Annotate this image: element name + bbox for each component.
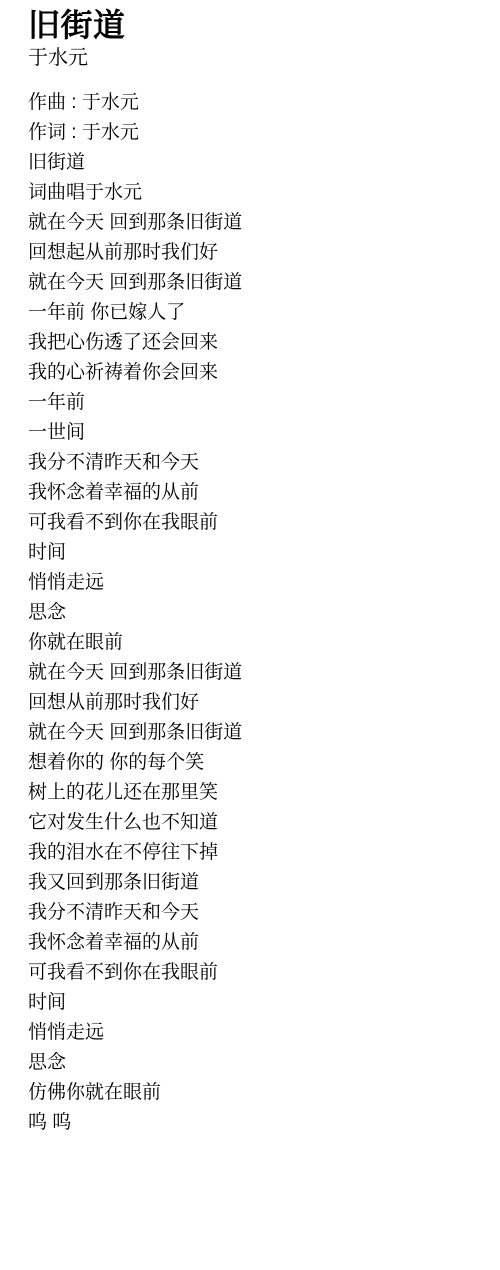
lyric-line: 悄悄走远 — [28, 568, 480, 598]
lyric-line: 时间 — [28, 988, 480, 1018]
lyric-line: 一年前 你已嫁人了 — [28, 298, 480, 328]
lyric-line: 我分不清昨天和今天 — [28, 898, 480, 928]
lyric-line: 回想起从前那时我们好 — [28, 238, 480, 268]
lyric-line: 时间 — [28, 538, 480, 568]
lyric-line: 悄悄走远 — [28, 1018, 480, 1048]
lyric-line: 思念 — [28, 598, 480, 628]
lyric-line: 想着你的 你的每个笑 — [28, 748, 480, 778]
lyric-line: 一世间 — [28, 418, 480, 448]
lyric-line: 我分不清昨天和今天 — [28, 448, 480, 478]
lyric-line: 仿佛你就在眼前 — [28, 1078, 480, 1108]
lyric-line: 可我看不到你在我眼前 — [28, 508, 480, 538]
lyric-line: 我又回到那条旧街道 — [28, 868, 480, 898]
lyric-line: 词曲唱于水元 — [28, 178, 480, 208]
lyric-line: 我的心祈祷着你会回来 — [28, 358, 480, 388]
lyric-line: 你就在眼前 — [28, 628, 480, 658]
lyric-line: 我的泪水在不停往下掉 — [28, 838, 480, 868]
lyric-line: 我怀念着幸福的从前 — [28, 928, 480, 958]
lyric-line: 可我看不到你在我眼前 — [28, 958, 480, 988]
artist-name: 于水元 — [28, 46, 480, 70]
lyric-line: 就在今天 回到那条旧街道 — [28, 658, 480, 688]
lyric-line: 作词 : 于水元 — [28, 118, 480, 148]
lyric-line: 我怀念着幸福的从前 — [28, 478, 480, 508]
lyric-line: 回想从前那时我们好 — [28, 688, 480, 718]
lyrics: 作曲 : 于水元作词 : 于水元旧街道词曲唱于水元就在今天 回到那条旧街道回想起… — [28, 88, 480, 1138]
lyric-line: 就在今天 回到那条旧街道 — [28, 268, 480, 298]
lyric-line: 树上的花儿还在那里笑 — [28, 778, 480, 808]
lyric-line: 就在今天 回到那条旧街道 — [28, 208, 480, 238]
lyric-line: 就在今天 回到那条旧街道 — [28, 718, 480, 748]
lyric-line: 一年前 — [28, 388, 480, 418]
lyric-line: 呜 呜 — [28, 1108, 480, 1138]
lyric-line: 它对发生什么也不知道 — [28, 808, 480, 838]
lyric-line: 思念 — [28, 1048, 480, 1078]
lyric-line: 我把心伤透了还会回来 — [28, 328, 480, 358]
page-title: 旧街道 — [28, 6, 480, 44]
lyric-line: 作曲 : 于水元 — [28, 88, 480, 118]
lyric-line: 旧街道 — [28, 148, 480, 178]
lyrics-page: 旧街道 于水元 作曲 : 于水元作词 : 于水元旧街道词曲唱于水元就在今天 回到… — [0, 0, 500, 1270]
